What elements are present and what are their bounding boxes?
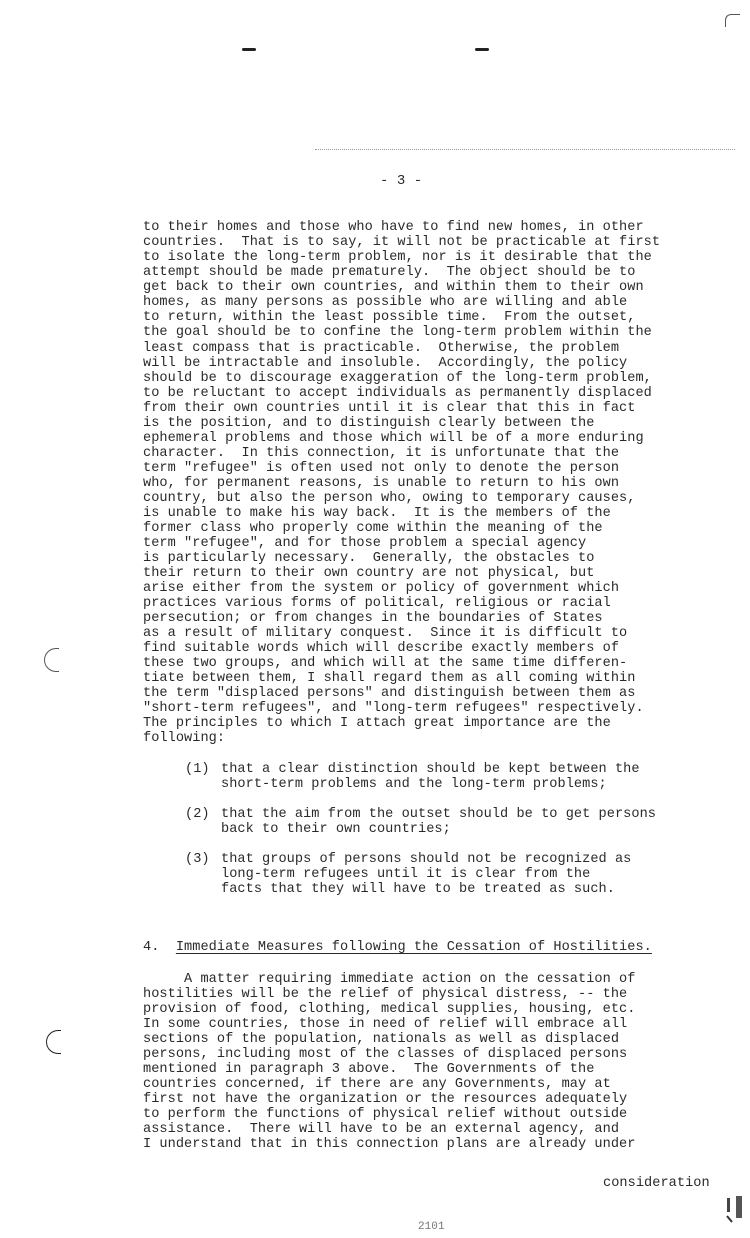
text-line: "short-term refugees", and "long-term re… <box>143 701 644 716</box>
text-line: countries. That is to say, it will not b… <box>143 235 660 250</box>
text-line: to return, within the least possible tim… <box>143 310 635 325</box>
text-line: term "refugee", and for those problem a … <box>143 536 586 551</box>
text-line: In some countries, those in need of reli… <box>143 1017 627 1032</box>
text-line: least compass that is practicable. Other… <box>143 341 619 356</box>
text-line: first not have the organization or the r… <box>143 1092 627 1107</box>
text-line: mentioned in paragraph 3 above. The Gove… <box>143 1062 594 1077</box>
text-line: to be reluctant to accept individuals as… <box>143 386 652 401</box>
text-line: from their own countries until it is cle… <box>143 401 635 416</box>
text-line: who, for permanent reasons, is unable to… <box>143 476 619 491</box>
text-line: persecution; or from changes in the boun… <box>143 611 603 626</box>
punch-hole-mark <box>46 1030 61 1054</box>
section-number: 4. <box>143 940 159 955</box>
punch-hole-mark <box>44 648 59 672</box>
text-line: is the position, and to distinguish clea… <box>143 416 594 431</box>
text-line: character. In this connection, it is unf… <box>143 446 619 461</box>
text-line: to perform the functions of physical rel… <box>143 1107 627 1122</box>
staple-mark-left <box>242 48 256 51</box>
text-line: ephemeral problems and those which will … <box>143 431 644 446</box>
text-line: their return to their own country are no… <box>143 566 594 581</box>
list-item-number: (3) <box>185 852 210 867</box>
section-heading: 4. Immediate Measures following the Cess… <box>143 940 652 955</box>
list-item-text: back to their own countries; <box>221 822 451 837</box>
list-item-text: that groups of persons should not be rec… <box>221 852 631 867</box>
text-line: to their homes and those who have to fin… <box>143 220 644 235</box>
catchword: consideration <box>603 1176 710 1191</box>
text-line: attempt should be made prematurely. The … <box>143 265 635 280</box>
text-line: these two groups, and which will at the … <box>143 656 627 671</box>
text-line: I understand that in this connection pla… <box>143 1137 635 1152</box>
text-line: A matter requiring immediate action on t… <box>143 972 635 987</box>
text-line: sections of the population, nationals as… <box>143 1032 619 1047</box>
text-line: the term "displaced persons" and disting… <box>143 686 635 701</box>
text-line: countries concerned, if there are any Go… <box>143 1077 611 1092</box>
text-line: to isolate the long-term problem, nor is… <box>143 250 652 265</box>
text-line: persons, including most of the classes o… <box>143 1047 627 1062</box>
scan-dotted-line <box>315 149 735 151</box>
list-item-text: long-term refugees until it is clear fro… <box>221 867 590 882</box>
text-line: as a result of military conquest. Since … <box>143 626 627 641</box>
list-item-text: that a clear distinction should be kept … <box>221 762 640 777</box>
section-title: Immediate Measures following the Cessati… <box>176 940 652 955</box>
list-item-text: that the aim from the outset should be t… <box>221 807 656 822</box>
text-line: homes, as many persons as possible who a… <box>143 295 627 310</box>
document-page: - 3 - to their homes and those who have … <box>0 0 750 1238</box>
list-item-number: (2) <box>185 807 210 822</box>
text-line: should be to discourage exaggeration of … <box>143 371 652 386</box>
text-line: assistance. There will have to be an ext… <box>143 1122 619 1137</box>
text-line: provision of food, clothing, medical sup… <box>143 1002 635 1017</box>
text-line: tiate between them, I shall regard them … <box>143 671 635 686</box>
text-line: find suitable words which will describe … <box>143 641 619 656</box>
page-number: - 3 - <box>380 174 422 189</box>
corner-mark <box>725 14 740 27</box>
text-line: term "refugee" is often used not only to… <box>143 461 619 476</box>
archive-stamp-icon <box>726 1196 744 1224</box>
text-line: the goal should be to confine the long-t… <box>143 325 652 340</box>
text-line: following: <box>143 731 225 746</box>
list-item-text: facts that they will have to be treated … <box>221 882 615 897</box>
text-line: is particularly necessary. Generally, th… <box>143 551 594 566</box>
footer-mark: 2101 <box>418 1220 445 1235</box>
text-line: The principles to which I attach great i… <box>143 716 611 731</box>
staple-mark-right <box>475 48 489 51</box>
text-line: former class who properly come within th… <box>143 521 603 536</box>
text-line: hostilities will be the relief of physic… <box>143 987 627 1002</box>
text-line: will be intractable and insoluble. Accor… <box>143 356 627 371</box>
list-item-number: (1) <box>185 762 210 777</box>
text-line: get back to their own countries, and wit… <box>143 280 644 295</box>
text-line: practices various forms of political, re… <box>143 596 611 611</box>
text-line: arise either from the system or policy o… <box>143 581 619 596</box>
list-item-text: short-term problems and the long-term pr… <box>221 777 607 792</box>
text-line: country, but also the person who, owing … <box>143 491 635 506</box>
text-line: is unable to make his way back. It is th… <box>143 506 611 521</box>
